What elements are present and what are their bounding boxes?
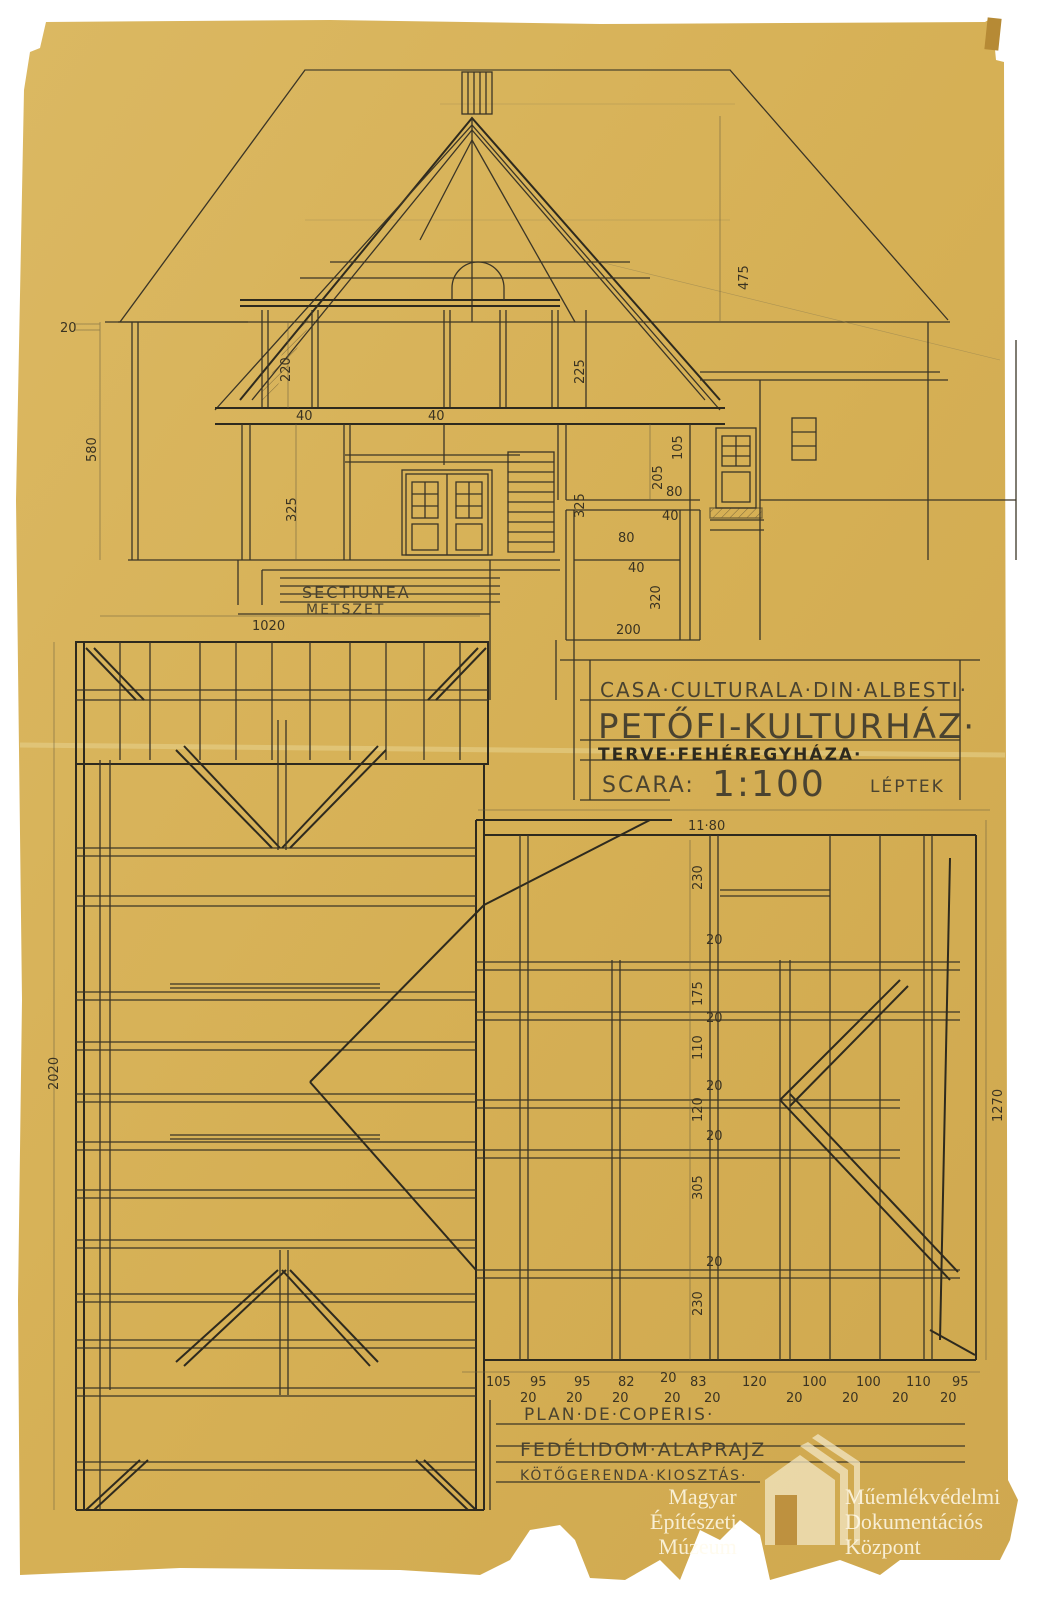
title-line-1: CASA·CULTURALA·DIN·ALBESTI· bbox=[600, 678, 968, 702]
plan-mark: 20 bbox=[520, 1391, 537, 1406]
architectural-drawing-sheet: CASA·CULTURALA·DIN·ALBESTI· PETŐFI-KULTU… bbox=[0, 0, 1056, 1600]
plan-vdim: 20 bbox=[706, 1079, 723, 1094]
dim-sill-40: 40 bbox=[662, 509, 679, 524]
dim-plan-1180: 11·80 bbox=[688, 819, 725, 834]
paper bbox=[16, 17, 1018, 1580]
plan-mark: 20 bbox=[566, 1391, 583, 1406]
dim-base-80: 80 bbox=[618, 531, 635, 546]
section-label-line-1: SECTIUNEA bbox=[302, 583, 411, 602]
plan-vdim: 20 bbox=[706, 933, 723, 948]
scale-prefix: SCARA: bbox=[602, 773, 695, 798]
plan-hdim: 20 bbox=[660, 1371, 677, 1386]
plan-vdim: 175 bbox=[691, 981, 706, 1006]
plan-hdim: 82 bbox=[618, 1375, 635, 1390]
dim-door-105: 105 bbox=[671, 435, 686, 460]
watermark-left-line: Építészeti bbox=[650, 1509, 737, 1534]
dim-325-right: 325 bbox=[573, 493, 588, 518]
dim-door-205: 205 bbox=[651, 465, 666, 490]
watermark-left-line: Múzeum bbox=[650, 1534, 737, 1559]
dim-base-320: 320 bbox=[649, 585, 664, 610]
plan-hdim: 83 bbox=[690, 1375, 707, 1390]
plan-vdim: 20 bbox=[706, 1129, 723, 1144]
plan-label-line-2: FEDÉLIDOM·ALAPRAJZ bbox=[520, 1438, 766, 1461]
dim-eave-20: 20 bbox=[60, 321, 77, 336]
plan-hdim: 120 bbox=[742, 1375, 767, 1390]
plan-label-line-1: PLAN·DE·COPERIS· bbox=[524, 1405, 714, 1425]
dim-580: 580 bbox=[85, 437, 100, 462]
watermark-left-line: Magyar bbox=[650, 1484, 737, 1509]
plan-hdim: 95 bbox=[574, 1375, 591, 1390]
watermark-right-line: Dokumentációs bbox=[845, 1509, 1000, 1534]
title-block: CASA·CULTURALA·DIN·ALBESTI· PETŐFI-KULTU… bbox=[598, 678, 976, 805]
plan-vdim: 20 bbox=[706, 1255, 723, 1270]
plan-mark: 20 bbox=[842, 1391, 859, 1406]
dim-roof-475: 475 bbox=[737, 265, 752, 290]
plan-hdim: 95 bbox=[530, 1375, 547, 1390]
dim-section-1020: 1020 bbox=[252, 619, 285, 634]
plan-mark: 20 bbox=[786, 1391, 803, 1406]
dim-220: 220 bbox=[279, 357, 294, 382]
scale-value: 1:100 bbox=[712, 764, 826, 805]
watermark-museum-name: Magyar Építészeti Múzeum bbox=[650, 1484, 737, 1559]
plan-vdim: 20 bbox=[706, 1011, 723, 1026]
plan-mark: 20 bbox=[612, 1391, 629, 1406]
plan-mark: 20 bbox=[940, 1391, 957, 1406]
watermark-right-line: Központ bbox=[845, 1534, 1000, 1559]
dim-base-40: 40 bbox=[628, 561, 645, 576]
plan-vdim: 230 bbox=[691, 1291, 706, 1316]
dim-plan-1270: 1270 bbox=[991, 1089, 1006, 1122]
plan-hdim: 105 bbox=[486, 1375, 511, 1390]
dim-beam-40-a: 40 bbox=[296, 409, 313, 424]
plan-hdim: 95 bbox=[952, 1375, 969, 1390]
watermark-right-line: Műemlékvédelmi bbox=[845, 1484, 1000, 1509]
section-label-line-2: METSZET bbox=[306, 602, 385, 618]
plan-mark: 20 bbox=[704, 1391, 721, 1406]
plan-hdim: 100 bbox=[802, 1375, 827, 1390]
dim-door-80: 80 bbox=[666, 485, 683, 500]
plan-vdim: 110 bbox=[691, 1035, 706, 1060]
plan-vdim: 120 bbox=[691, 1097, 706, 1122]
scale-suffix: LÉPTEK bbox=[870, 775, 945, 797]
title-line-3: TERVE·FEHÉREGYHÁZA· bbox=[598, 743, 863, 765]
watermark-center-name: Műemlékvédelmi Dokumentációs Központ bbox=[845, 1484, 1000, 1559]
dim-325-left: 325 bbox=[285, 497, 300, 522]
plan-mark: 20 bbox=[892, 1391, 909, 1406]
dim-plan-2020: 2020 bbox=[47, 1057, 62, 1090]
dim-225: 225 bbox=[573, 359, 588, 384]
plan-hdim: 100 bbox=[856, 1375, 881, 1390]
plan-hdim: 110 bbox=[906, 1375, 931, 1390]
dim-base-200: 200 bbox=[616, 623, 641, 638]
plan-mark: 20 bbox=[664, 1391, 681, 1406]
plan-vdim: 305 bbox=[691, 1175, 706, 1200]
plan-vdim: 230 bbox=[691, 865, 706, 890]
plan-label-line-3: KÖTŐGERENDA·KIOSZTÁS· bbox=[520, 1466, 748, 1484]
dim-beam-40-b: 40 bbox=[428, 409, 445, 424]
title-line-2: PETŐFI-KULTURHÁZ· bbox=[598, 706, 976, 747]
